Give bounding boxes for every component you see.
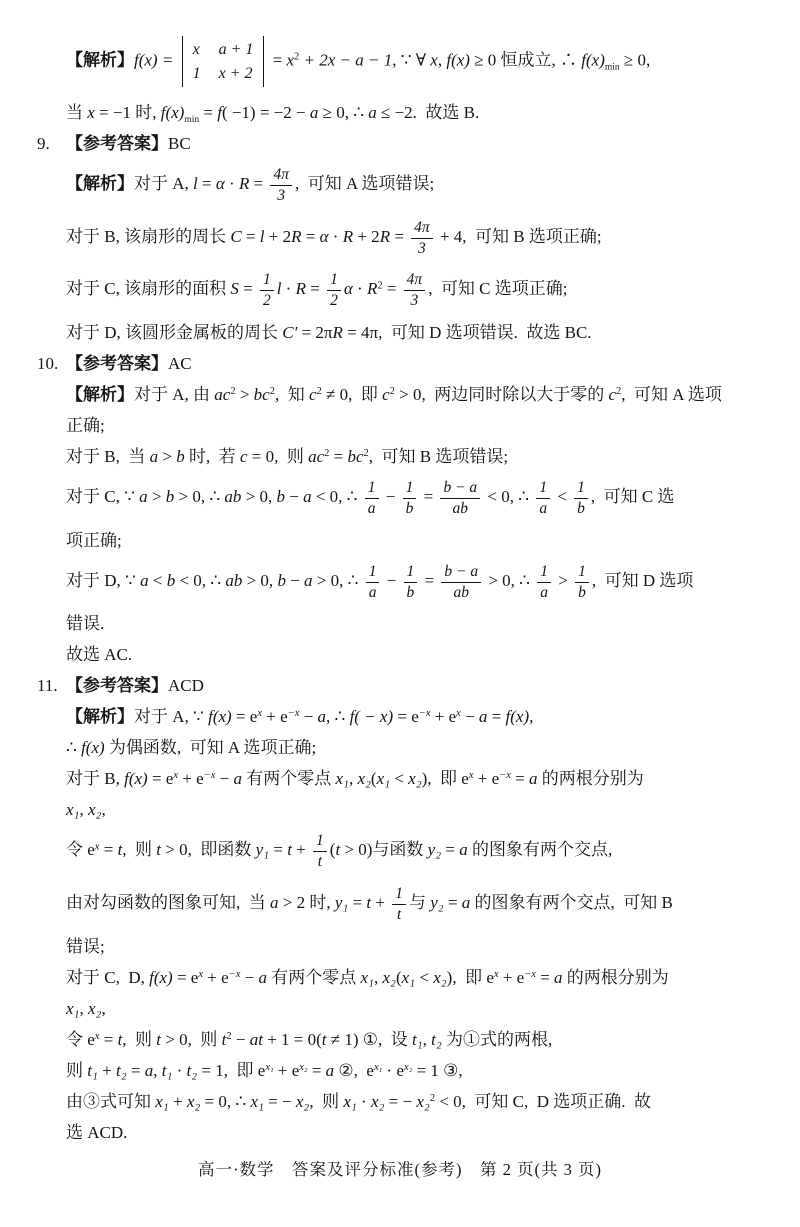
answer-sheet-page: 【解析】f(x) = xa + 11x + 2 = x2 + 2x − a − … — [0, 0, 800, 1227]
plain-text: > 0, — [241, 487, 276, 506]
superscript: −x — [419, 709, 431, 720]
plain-text: 对于 C, 该扇形的面积 — [66, 280, 230, 299]
plain-text: + e — [274, 1061, 300, 1080]
document-body: 【解析】f(x) = xa + 11x + 2 = x2 + 2x − a − … — [66, 26, 772, 1148]
content-line: 9.【参考答案】BC — [66, 128, 772, 159]
fraction: 1a — [537, 563, 551, 602]
plain-text: ≥ 0, ∴ — [318, 103, 368, 122]
math-text: R — [380, 227, 390, 246]
math-text: f(x) — [446, 51, 470, 70]
fraction: 1a — [365, 479, 379, 518]
plain-text: , 则 — [122, 1030, 156, 1049]
math-text: b — [277, 487, 286, 506]
math-text: S — [230, 280, 239, 299]
math-text: x₁ — [66, 800, 79, 819]
fraction: 1a — [536, 479, 550, 518]
content-line: 【解析】f(x) = xa + 11x + 2 = x2 + 2x − a − … — [66, 26, 772, 97]
plain-text: = — [99, 841, 117, 860]
plain-text: < — [390, 769, 408, 788]
plain-text: = − — [264, 1092, 296, 1111]
math-text: x — [286, 51, 294, 70]
plain-text: = — [420, 571, 438, 590]
math-text: a — [259, 968, 268, 987]
content-line: 【解析】对于 A, l = α · R = 4π3, 可知 A 选项错误; — [66, 159, 772, 212]
plain-text: 由③式可知 — [66, 1092, 155, 1111]
fraction: 1b — [575, 563, 589, 602]
math-text: C — [230, 227, 241, 246]
plain-text: · — [225, 174, 239, 193]
fraction: b − aab — [441, 563, 481, 602]
plain-text: 为①式的两根, — [442, 1030, 553, 1049]
fraction: 1t — [313, 832, 327, 871]
plain-text: − — [299, 707, 317, 726]
plain-text: ACD — [168, 676, 204, 695]
content-line: 错误. — [66, 608, 772, 639]
fraction: 4π3 — [411, 219, 433, 258]
math-text: x₂ — [357, 769, 370, 788]
plain-text: · — [172, 1061, 186, 1080]
plain-text: = — [419, 487, 437, 506]
math-text: α — [216, 174, 225, 193]
plain-text: = — [383, 280, 401, 299]
content-line: 当 x = −1 时, f(x)min = f( −1) = −2 − a ≥ … — [66, 97, 772, 128]
plain-text: = — [199, 103, 217, 122]
plain-text: ∴ — [66, 738, 81, 757]
plain-text: = — [239, 280, 257, 299]
plain-text: , — [529, 707, 533, 726]
plain-text: + e — [474, 769, 500, 788]
subscript: min — [605, 62, 620, 72]
math-text: f(x) — [149, 968, 173, 987]
plain-text: ≤ −2. 故选 B. — [377, 103, 480, 122]
plain-text: 当 — [66, 103, 87, 122]
math-text: f(x) = — [134, 51, 178, 70]
plain-text: = — [268, 51, 286, 70]
math-text: c — [309, 385, 317, 404]
math-text: bc — [254, 385, 270, 404]
math-text: t₂ — [116, 1061, 127, 1080]
plain-text: > — [554, 571, 572, 590]
math-text: y₁ — [335, 893, 348, 912]
label-text: 【解析】 — [66, 707, 134, 726]
math-text: f(x) — [208, 707, 232, 726]
determinant: xa + 11x + 2 — [182, 36, 265, 87]
plain-text: , — [101, 800, 105, 819]
plain-text: + e — [262, 707, 288, 726]
plain-text: · — [281, 280, 295, 299]
math-text: ab — [225, 571, 242, 590]
plain-text: 与 — [409, 893, 430, 912]
plain-text: = — [390, 227, 408, 246]
math-text: a — [145, 1061, 154, 1080]
content-line: 对于 B, 当 a > b 时, 若 c = 0, 则 ac2 = bc2, 可… — [66, 441, 772, 472]
plain-text: − — [285, 487, 303, 506]
plain-text: ≥ 0 恒成立, ∴ — [470, 51, 581, 70]
label-text: 【解析】 — [66, 51, 134, 70]
subscript: min — [184, 115, 199, 125]
math-text: R — [296, 280, 306, 299]
plain-text: 选 ACD. — [66, 1123, 127, 1142]
math-text: x₂ — [433, 968, 446, 987]
question-number: 9. — [37, 128, 50, 159]
plain-text: > 0, ∴ — [174, 487, 224, 506]
fraction: b − aab — [440, 479, 480, 518]
content-line: 由③式可知 x₁ + x₂ = 0, ∴ x₁ = − x₂, 则 x₁ · x… — [66, 1086, 772, 1117]
plain-text: 对于 A, ∵ — [134, 707, 208, 726]
plain-text: 由对勾函数的图象可知, 当 — [66, 893, 270, 912]
math-text: + 2x − a − 1 — [299, 51, 392, 70]
math-text: c — [382, 385, 390, 404]
math-text: a — [139, 487, 148, 506]
plain-text: < — [553, 487, 571, 506]
content-line: 项正确; — [66, 525, 772, 556]
superscript: −x — [288, 709, 300, 720]
content-line: 错误; — [66, 931, 772, 962]
label-text: 【参考答案】 — [66, 354, 168, 373]
math-text: bc — [347, 447, 363, 466]
plain-text: · — [357, 1092, 371, 1111]
math-text: a — [140, 571, 149, 590]
math-text: x₂ — [382, 968, 395, 987]
math-text: α — [344, 280, 353, 299]
plain-text: = — [444, 893, 462, 912]
math-text: a — [368, 103, 377, 122]
math-text: ac — [214, 385, 230, 404]
content-line: 由对勾函数的图象可知, 当 a > 2 时, y₁ = t + 1t与 y₂ =… — [66, 878, 772, 931]
math-text: a — [529, 769, 538, 788]
plain-text: + e — [203, 968, 229, 987]
plain-text: = — [269, 841, 287, 860]
plain-text: 对于 B, 该扇形的周长 — [66, 227, 230, 246]
plain-text: > 0, ∴ — [313, 571, 363, 590]
fraction: 12 — [260, 271, 274, 310]
content-line: 对于 B, f(x) = ex + e−x − a 有两个零点 x₁, x₂(x… — [66, 763, 772, 794]
math-text: a — [233, 769, 242, 788]
plain-text: 对于 C, D, — [66, 968, 149, 987]
math-text: C′ — [282, 323, 297, 342]
plain-text: = e — [148, 769, 174, 788]
plain-text: > 0, 两边同时除以大于零的 — [395, 385, 609, 404]
question-number: 11. — [37, 670, 58, 701]
math-text: t₁ — [412, 1030, 423, 1049]
content-line: 则 t₁ + t₂ = a, t₁ · t₂ = 1, 即 ex₁ + ex₂ … — [66, 1055, 772, 1086]
plain-text: , ∴ — [326, 707, 350, 726]
plain-text: ②, e — [334, 1061, 374, 1080]
content-line: 对于 C, ∵ a > b > 0, ∴ ab > 0, b − a < 0, … — [66, 472, 772, 525]
page-footer: 高一·数学 答案及评分标准(参考) 第 2 页(共 3 页) — [0, 1156, 800, 1180]
math-text: c — [609, 385, 617, 404]
plain-text: 对于 D, ∵ — [66, 571, 140, 590]
plain-text: , 可知 C 选项正确; — [428, 280, 567, 299]
plain-text: , — [423, 1030, 432, 1049]
math-text: y₂ — [428, 841, 441, 860]
plain-text: = — [242, 227, 260, 246]
plain-text: 有两个零点 — [267, 968, 361, 987]
math-text: at — [250, 1030, 263, 1049]
plain-text: , — [101, 999, 105, 1018]
plain-text: + — [169, 1092, 187, 1111]
question-number: 10. — [37, 348, 58, 379]
math-text: x₁ — [377, 769, 390, 788]
math-text: t₂ — [431, 1030, 442, 1049]
superscript: −x — [524, 969, 536, 980]
fraction: 1t — [392, 885, 406, 924]
superscript: x₂ — [299, 1062, 307, 1073]
plain-text: < 0, 可知 C, D 选项正确. 故 — [435, 1092, 651, 1111]
plain-text: + 4, 可知 B 选项正确; — [436, 227, 602, 246]
plain-text: = − — [384, 1092, 416, 1111]
plain-text: 对于 A, 由 — [134, 385, 214, 404]
plain-text: , — [79, 999, 88, 1018]
label-text: 【解析】 — [66, 385, 134, 404]
plain-text: 对于 B, — [66, 769, 124, 788]
plain-text: · — [353, 280, 367, 299]
plain-text: > 0, 则 — [161, 1030, 222, 1049]
math-text: x₁ — [66, 999, 79, 1018]
plain-text: 的两根分别为 — [538, 769, 644, 788]
plain-text: , ∵ ∀ — [392, 51, 430, 70]
plain-text: = — [348, 893, 366, 912]
content-line: 对于 D, ∵ a < b < 0, ∴ ab > 0, b − a > 0, … — [66, 556, 772, 609]
plain-text: 令 e — [66, 841, 95, 860]
math-text: R — [239, 174, 249, 193]
math-text: ab — [224, 487, 241, 506]
math-text: x₂ — [371, 1092, 384, 1111]
math-text: α — [320, 227, 329, 246]
math-text: x — [430, 51, 438, 70]
plain-text: ≥ 0, — [620, 51, 651, 70]
plain-text: = — [308, 1061, 326, 1080]
content-line: x₁, x₂, — [66, 794, 772, 825]
content-line: 对于 B, 该扇形的周长 C = l + 2R = α · R + 2R = 4… — [66, 212, 772, 265]
plain-text: , — [79, 800, 88, 819]
plain-text: < 0, ∴ — [175, 571, 225, 590]
plain-text: 项正确; — [66, 531, 122, 550]
math-text: a — [303, 487, 312, 506]
plain-text: = — [536, 968, 554, 987]
plain-text: = e — [173, 968, 199, 987]
math-text: y₁ — [256, 841, 269, 860]
plain-text: BC — [168, 134, 191, 153]
plain-text: 的图象有两个交点, — [468, 841, 613, 860]
math-text: x₂ — [416, 1092, 429, 1111]
math-text: y₂ — [430, 893, 443, 912]
content-line: 正确; — [66, 410, 772, 441]
plain-text: = 0, ∴ — [200, 1092, 250, 1111]
math-text: R — [343, 227, 353, 246]
plain-text: = — [302, 227, 320, 246]
plain-text: ), 即 e — [422, 769, 469, 788]
math-text: R — [367, 280, 377, 299]
content-line: 【解析】对于 A, 由 ac2 > bc2, 知 c2 ≠ 0, 即 c2 > … — [66, 379, 772, 410]
math-text: a — [270, 893, 279, 912]
math-text: x₁ — [402, 968, 415, 987]
plain-text: , 可知 B 选项错误; — [369, 447, 508, 466]
plain-text: 对于 C, ∵ — [66, 487, 139, 506]
math-text: x₁ — [343, 1092, 356, 1111]
math-text: R — [333, 323, 343, 342]
plain-text: − — [215, 769, 233, 788]
plain-text: 则 — [66, 1061, 87, 1080]
fraction: 4π3 — [404, 271, 426, 310]
plain-text: = 1 ③, — [412, 1061, 462, 1080]
math-text: f(x) — [581, 51, 605, 70]
plain-text: + 2 — [353, 227, 380, 246]
math-text: ac — [308, 447, 324, 466]
fraction: 1b — [403, 479, 417, 518]
math-text: x — [87, 103, 95, 122]
math-text: x₂ — [88, 999, 101, 1018]
plain-text: AC — [168, 354, 192, 373]
math-text: x₁ — [155, 1092, 168, 1111]
math-text: x₁ — [361, 968, 374, 987]
plain-text: > 0, ∴ — [484, 571, 534, 590]
plain-text: = e — [393, 707, 419, 726]
plain-text: ), 即 e — [447, 968, 494, 987]
plain-text: 错误. — [66, 614, 104, 633]
math-text: a — [304, 571, 313, 590]
content-line: 11.【参考答案】ACD — [66, 670, 772, 701]
plain-text: + e — [178, 769, 204, 788]
plain-text: , — [153, 1061, 162, 1080]
plain-text: , 则 — [122, 841, 156, 860]
plain-text: − — [461, 707, 479, 726]
plain-text: 错误; — [66, 937, 105, 956]
plain-text: > 0, — [242, 571, 277, 590]
plain-text: = −1 时, — [95, 103, 161, 122]
plain-text: , 可知 C 选 — [591, 487, 675, 506]
content-line: 选 ACD. — [66, 1117, 772, 1148]
superscript: x₁ — [265, 1062, 273, 1073]
superscript: −x — [204, 771, 216, 782]
label-text: 【解析】 — [66, 174, 134, 193]
plain-text: + 2 — [265, 227, 292, 246]
plain-text: = — [249, 174, 267, 193]
plain-text: > — [148, 487, 166, 506]
plain-text: + e — [431, 707, 457, 726]
plain-text: = 0, 则 — [247, 447, 308, 466]
plain-text: = 4π, 可知 D 选项错误. 故选 BC. — [343, 323, 592, 342]
superscript: −x — [229, 969, 241, 980]
plain-text: , 则 — [309, 1092, 343, 1111]
plain-text: − — [382, 571, 400, 590]
plain-text: 的两根分别为 — [563, 968, 669, 987]
content-line: 令 ex = t, 则 t > 0, 即函数 y₁ = t + 1t(t > 0… — [66, 825, 772, 878]
plain-text: + — [98, 1061, 116, 1080]
plain-text: = 1, 即 e — [197, 1061, 265, 1080]
fraction: 4π3 — [270, 166, 292, 205]
math-text: a — [459, 841, 468, 860]
fraction: 1a — [366, 563, 380, 602]
math-text: b — [277, 571, 286, 590]
plain-text: > — [158, 447, 176, 466]
plain-text: < — [149, 571, 167, 590]
math-text: b — [166, 487, 175, 506]
content-line: x₁, x₂, — [66, 993, 772, 1024]
plain-text: , 可知 D 选项 — [592, 571, 694, 590]
plain-text: + — [292, 841, 310, 860]
plain-text: = — [99, 1030, 117, 1049]
plain-text: , 知 — [275, 385, 309, 404]
plain-text: = — [306, 280, 324, 299]
plain-text: + e — [499, 968, 525, 987]
math-text: x₂ — [408, 769, 421, 788]
plain-text: < 0, ∴ — [312, 487, 362, 506]
math-text: b — [176, 447, 185, 466]
plain-text: = — [511, 769, 529, 788]
math-text: x₁ — [335, 769, 348, 788]
math-text: x₁ — [250, 1092, 263, 1111]
plain-text: − — [382, 487, 400, 506]
plain-text: − — [286, 571, 304, 590]
content-line: 【解析】对于 A, ∵ f(x) = ex + e−x − a, ∴ f( − … — [66, 701, 772, 732]
math-text: f(x) — [161, 103, 185, 122]
plain-text: + — [371, 893, 389, 912]
content-line: 10.【参考答案】AC — [66, 348, 772, 379]
math-text: a — [317, 707, 326, 726]
math-text: f( − x) — [350, 707, 394, 726]
content-line: 对于 C, D, f(x) = ex + e−x − a 有两个零点 x₁, x… — [66, 962, 772, 993]
content-line: 对于 C, 该扇形的面积 S = 12l · R = 12α · R2 = 4π… — [66, 264, 772, 317]
label-text: 【参考答案】 — [66, 676, 168, 695]
plain-text: = e — [232, 707, 258, 726]
plain-text: 为偶函数, 可知 A 选项正确; — [105, 738, 317, 757]
math-text: t₁ — [162, 1061, 173, 1080]
plain-text: = 2π — [297, 323, 332, 342]
plain-text: 对于 A, — [134, 174, 193, 193]
plain-text: > 0)与函数 — [340, 841, 428, 860]
plain-text: 的图象有两个交点, 可知 B — [470, 893, 673, 912]
math-text: R — [291, 227, 301, 246]
plain-text: 正确; — [66, 416, 105, 435]
plain-text: − — [240, 968, 258, 987]
plain-text: · e — [382, 1061, 404, 1080]
math-text: a — [554, 968, 563, 987]
plain-text: < 0, ∴ — [483, 487, 533, 506]
math-text: t₁ — [87, 1061, 98, 1080]
plain-text: ≠ 1) ①, 设 — [327, 1030, 412, 1049]
plain-text: > 0, 即函数 — [161, 841, 256, 860]
label-text: 【参考答案】 — [66, 134, 168, 153]
plain-text: ≠ 0, 即 — [322, 385, 382, 404]
content-line: 故选 AC. — [66, 639, 772, 670]
math-text: t₂ — [187, 1061, 198, 1080]
math-text: x₂ — [296, 1092, 309, 1111]
superscript: −x — [499, 771, 511, 782]
plain-text: 时, 若 — [185, 447, 240, 466]
plain-text: > 2 时, — [279, 893, 335, 912]
fraction: 1b — [574, 479, 588, 518]
plain-text: + 1 = 0( — [263, 1030, 322, 1049]
content-line: 令 ex = t, 则 t > 0, 则 t2 − at + 1 = 0(t ≠… — [66, 1024, 772, 1055]
plain-text: 有两个零点 — [242, 769, 336, 788]
math-text: f(x) — [506, 707, 530, 726]
content-line: ∴ f(x) 为偶函数, 可知 A 选项正确; — [66, 732, 772, 763]
math-text: x₂ — [187, 1092, 200, 1111]
math-text: x₂ — [88, 800, 101, 819]
content-line: 对于 D, 该圆形金属板的周长 C′ = 2πR = 4π, 可知 D 选项错误… — [66, 317, 772, 348]
math-text: f(x) — [81, 738, 105, 757]
math-text: f(x) — [124, 769, 148, 788]
plain-text: = — [329, 447, 347, 466]
math-text: b — [167, 571, 176, 590]
plain-text: 对于 B, 当 — [66, 447, 150, 466]
plain-text: = — [127, 1061, 145, 1080]
plain-text: = — [441, 841, 459, 860]
plain-text: , 可知 A 选项错误; — [295, 174, 434, 193]
plain-text: 故选 AC. — [66, 645, 132, 664]
plain-text: · — [329, 227, 343, 246]
